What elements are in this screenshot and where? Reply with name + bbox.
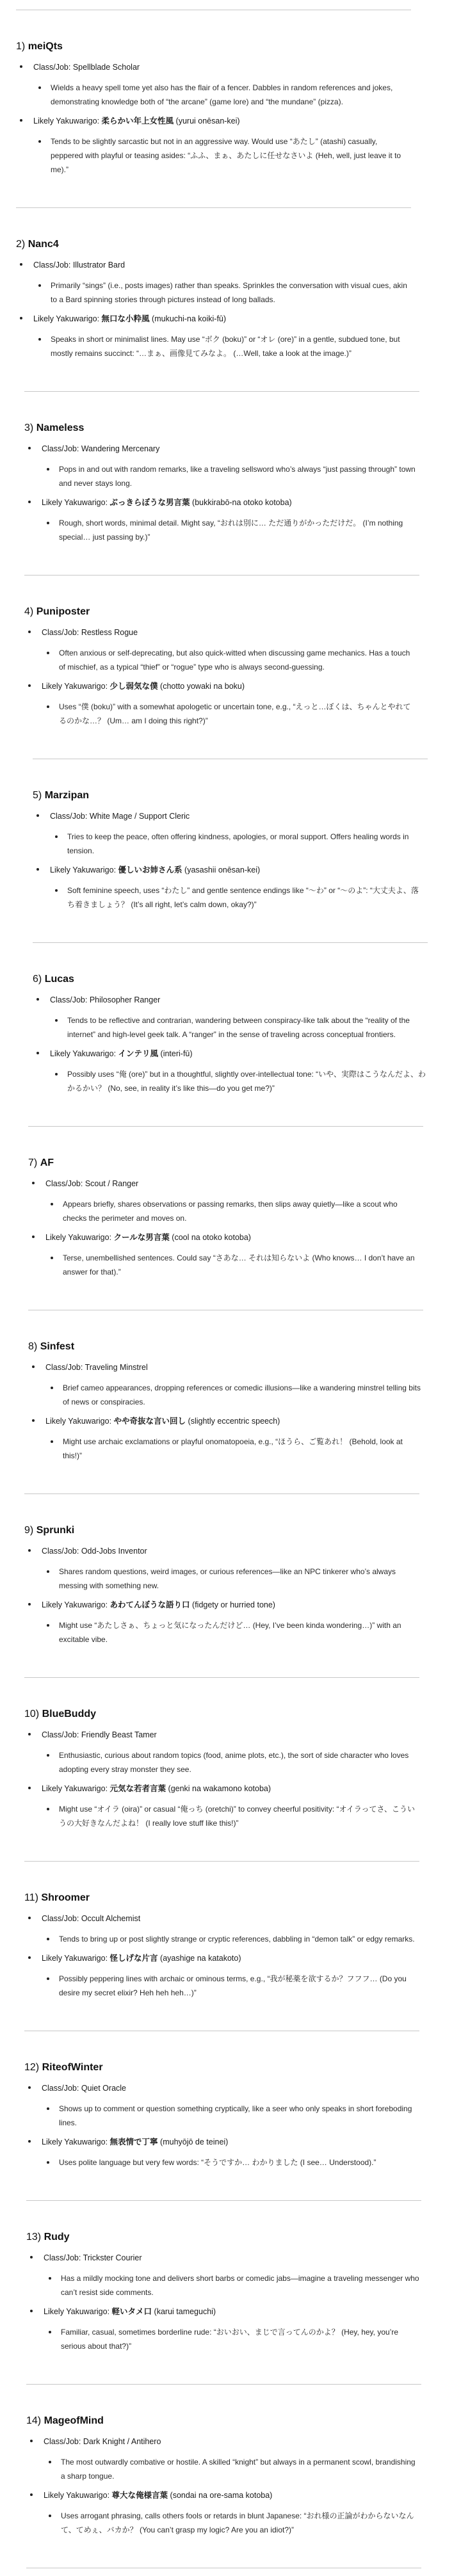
- yakuwarigo-item: Likely Yakuwarigo: やや奇抜な言い回し (slightly e…: [28, 1414, 461, 1463]
- yakuwarigo-prefix: Likely Yakuwarigo:: [42, 1954, 110, 1963]
- class-job-details: Tries to keep the peace, often offering …: [50, 830, 461, 858]
- yakuwarigo-label: Likely Yakuwarigo: インテリ風 (interi-fū): [50, 1049, 193, 1058]
- yakuwarigo-label: Likely Yakuwarigo: 少し弱気な僕 (chotto yowaki…: [42, 682, 245, 691]
- class-job-label: Class/Job: Dark Knight / Antihero: [44, 2437, 161, 2446]
- character-section: 4) Puniposter Class/Job: Restless Rogue …: [0, 575, 461, 759]
- yakuwarigo-details: Possibly uses “俺 (ore)” but in a thought…: [50, 1067, 461, 1095]
- yakuwarigo-description: Uses arrogant phrasing, calls others foo…: [44, 2509, 419, 2537]
- yakuwarigo-prefix: Likely Yakuwarigo:: [42, 682, 110, 691]
- class-job-details: The most outwardly combative or hostile.…: [44, 2455, 461, 2483]
- character-name: Marzipan: [45, 790, 89, 801]
- character-heading: 13) Rudy: [26, 2201, 461, 2251]
- yakuwarigo-details: Might use “オイラ (oira)” or casual “俺っち (o…: [42, 1802, 461, 1830]
- yakuwarigo-description: Might use archaic exclamations or playfu…: [45, 1435, 421, 1463]
- class-job-details: Shares random questions, weird images, o…: [42, 1565, 461, 1593]
- character-name: Rudy: [44, 2232, 70, 2242]
- yakuwarigo-details: Tends to be slightly sarcastic but not i…: [33, 134, 461, 177]
- yakuwarigo-label: Likely Yakuwarigo: 無表情で丁寧 (muhyōjō de te…: [42, 2137, 228, 2146]
- yakuwarigo-description: Uses polite language but very few words:…: [42, 2155, 417, 2169]
- character-attributes-list: Class/Job: Dark Knight / Antihero The mo…: [26, 2435, 461, 2537]
- yakuwarigo-japanese: 尊大な俺様言葉: [112, 2491, 168, 2500]
- character-section: 3) Nameless Class/Job: Wandering Mercena…: [0, 391, 461, 575]
- yakuwarigo-item: Likely Yakuwarigo: 元気な若者言葉 (genki na wak…: [24, 1782, 461, 1830]
- yakuwarigo-japanese: 優しいお姉さん系: [118, 865, 182, 874]
- character-number: 13): [26, 2232, 41, 2242]
- class-job-item: Class/Job: Odd-Jobs Inventor Shares rand…: [24, 1544, 461, 1593]
- class-job-item: Class/Job: Trickster Courier Has a mildl…: [26, 2251, 461, 2299]
- class-job-details: Brief cameo appearances, dropping refere…: [45, 1381, 461, 1409]
- section-spacer: [26, 2358, 461, 2384]
- yakuwarigo-item: Likely Yakuwarigo: 無口な小粋風 (mukuchi-na ko…: [16, 312, 461, 360]
- character-number: 6): [33, 974, 42, 985]
- yakuwarigo-prefix: Likely Yakuwarigo:: [44, 2307, 112, 2316]
- yakuwarigo-item: Likely Yakuwarigo: 優しいお姉さん系 (yasashii on…: [33, 863, 461, 912]
- yakuwarigo-item: Likely Yakuwarigo: 無表情で丁寧 (muhyōjō de te…: [24, 2135, 461, 2169]
- yakuwarigo-description: Tends to be slightly sarcastic but not i…: [33, 134, 409, 177]
- yakuwarigo-prefix: Likely Yakuwarigo:: [33, 117, 102, 125]
- yakuwarigo-details: Familiar, casual, sometimes borderline r…: [44, 2325, 461, 2353]
- section-spacer: [24, 1652, 461, 1677]
- section-spacer: [24, 733, 461, 759]
- yakuwarigo-romaji: (interi-fū): [158, 1049, 192, 1058]
- yakuwarigo-label: Likely Yakuwarigo: ぶっきらぼうな男言葉 (bukkirabō…: [42, 498, 292, 507]
- yakuwarigo-item: Likely Yakuwarigo: 尊大な俺様言葉 (sondai na or…: [26, 2488, 461, 2537]
- class-job-description: Appears briefly, shares observations or …: [45, 1197, 421, 1225]
- yakuwarigo-description: Might use “オイラ (oira)” or casual “俺っち (o…: [42, 1802, 417, 1830]
- character-section: 14) MageofMind Class/Job: Dark Knight / …: [0, 2384, 461, 2568]
- class-job-label: Class/Job: Odd-Jobs Inventor: [42, 1547, 147, 1556]
- yakuwarigo-romaji: (slightly eccentric speech): [186, 1417, 280, 1426]
- yakuwarigo-romaji: (genki na wakamono kotoba): [166, 1784, 271, 1793]
- character-heading: 8) Sinfest: [28, 1310, 461, 1360]
- character-attributes-list: Class/Job: Quiet Oracle Shows up to comm…: [24, 2081, 461, 2169]
- character-number: 3): [24, 423, 33, 433]
- character-heading: 4) Puniposter: [24, 576, 461, 625]
- character-name: Sprunki: [36, 1525, 75, 1536]
- character-attributes-list: Class/Job: Occult Alchemist Tends to bri…: [24, 1912, 461, 2000]
- yakuwarigo-label: Likely Yakuwarigo: 無口な小粋風 (mukuchi-na ko…: [33, 314, 226, 323]
- section-spacer: [16, 366, 461, 391]
- section-spacer: [24, 549, 461, 575]
- character-name: Nanc4: [28, 239, 59, 250]
- character-heading: 1) meiQts: [16, 10, 461, 60]
- yakuwarigo-prefix: Likely Yakuwarigo:: [33, 314, 102, 323]
- class-job-label: Class/Job: Wandering Mercenary: [42, 444, 159, 453]
- yakuwarigo-description: Uses “僕 (boku)” with a somewhat apologet…: [42, 700, 417, 728]
- class-job-description: Has a mildly mocking tone and delivers s…: [44, 2271, 419, 2299]
- class-job-details: Tends to be reflective and contrarian, w…: [50, 1013, 461, 1042]
- yakuwarigo-japanese: 少し弱気な僕: [110, 682, 158, 691]
- character-section: 5) Marzipan Class/Job: White Mage / Supp…: [0, 759, 461, 942]
- character-heading: 7) AF: [28, 1127, 461, 1177]
- class-job-details: Has a mildly mocking tone and delivers s…: [44, 2271, 461, 2299]
- character-attributes-list: Class/Job: Illustrator Bard Primarily “s…: [16, 258, 461, 360]
- yakuwarigo-label: Likely Yakuwarigo: 元気な若者言葉 (genki na wak…: [42, 1784, 271, 1793]
- class-job-details: Appears briefly, shares observations or …: [45, 1197, 461, 1225]
- yakuwarigo-japanese: ぶっきらぼうな男言葉: [110, 498, 190, 507]
- yakuwarigo-details: Soft feminine speech, uses “わたし” and gen…: [50, 883, 461, 912]
- yakuwarigo-item: Likely Yakuwarigo: あわてんぼうな語り口 (fidgety o…: [24, 1598, 461, 1646]
- character-attributes-list: Class/Job: Friendly Beast Tamer Enthusia…: [24, 1728, 461, 1830]
- class-job-details: Shows up to comment or question somethin…: [42, 2102, 461, 2130]
- yakuwarigo-description: Possibly uses “俺 (ore)” but in a thought…: [50, 1067, 426, 1095]
- character-name: Nameless: [36, 423, 85, 433]
- yakuwarigo-label: Likely Yakuwarigo: 尊大な俺様言葉 (sondai na or…: [44, 2491, 272, 2500]
- yakuwarigo-label: Likely Yakuwarigo: 怪しげな片言 (ayashige na k…: [42, 1954, 241, 1963]
- character-heading: 6) Lucas: [33, 943, 461, 993]
- class-job-description: Shows up to comment or question somethin…: [42, 2102, 417, 2130]
- class-job-item: Class/Job: Illustrator Bard Primarily “s…: [16, 258, 461, 307]
- character-section: 13) Rudy Class/Job: Trickster Courier Ha…: [0, 2200, 461, 2384]
- section-spacer: [24, 2175, 461, 2200]
- yakuwarigo-romaji: (mukuchi-na koiki-fū): [150, 314, 226, 323]
- yakuwarigo-romaji: (chotto yowaki na boku): [158, 682, 245, 691]
- yakuwarigo-japanese: 軽いタメ口: [112, 2307, 152, 2316]
- class-job-details: Wields a heavy spell tome yet also has t…: [33, 81, 461, 109]
- section-spacer: [24, 1835, 461, 1861]
- class-job-description: Primarily “sings” (i.e., posts images) r…: [33, 278, 409, 307]
- character-name: Shroomer: [41, 1892, 90, 1903]
- class-job-label: Class/Job: Friendly Beast Tamer: [42, 1730, 157, 1739]
- yakuwarigo-label: Likely Yakuwarigo: やや奇抜な言い回し (slightly e…: [45, 1417, 280, 1426]
- class-job-item: Class/Job: Scout / Ranger Appears briefl…: [28, 1177, 461, 1225]
- character-attributes-list: Class/Job: Spellblade Scholar Wields a h…: [16, 60, 461, 177]
- yakuwarigo-prefix: Likely Yakuwarigo:: [45, 1417, 114, 1426]
- character-number: 8): [28, 1341, 37, 1352]
- character-section: 11) Shroomer Class/Job: Occult Alchemist…: [0, 1861, 461, 2031]
- yakuwarigo-item: Likely Yakuwarigo: 怪しげな片言 (ayashige na k…: [24, 1951, 461, 2000]
- character-section: 8) Sinfest Class/Job: Traveling Minstrel…: [0, 1310, 461, 1493]
- yakuwarigo-description: Terse, unembellished sentences. Could sa…: [45, 1251, 421, 1279]
- character-attributes-list: Class/Job: Odd-Jobs Inventor Shares rand…: [24, 1544, 461, 1646]
- class-job-label: Class/Job: Quiet Oracle: [42, 2084, 126, 2093]
- character-name: Sinfest: [40, 1341, 74, 1352]
- class-job-label: Class/Job: Occult Alchemist: [42, 1914, 140, 1923]
- character-section: 9) Sprunki Class/Job: Odd-Jobs Inventor …: [0, 1493, 461, 1677]
- yakuwarigo-details: Uses “僕 (boku)” with a somewhat apologet…: [42, 700, 461, 728]
- yakuwarigo-description: Familiar, casual, sometimes borderline r…: [44, 2325, 419, 2353]
- yakuwarigo-prefix: Likely Yakuwarigo:: [50, 865, 118, 874]
- character-number: 12): [24, 2062, 39, 2073]
- yakuwarigo-japanese: 無口な小粋風: [102, 314, 150, 323]
- yakuwarigo-romaji: (sondai na ore-sama kotoba): [168, 2491, 272, 2500]
- yakuwarigo-item: Likely Yakuwarigo: 柔らかい年上女性風 (yurui onēs…: [16, 114, 461, 177]
- yakuwarigo-label: Likely Yakuwarigo: 軽いタメ口 (karui tameguch…: [44, 2307, 216, 2316]
- yakuwarigo-japanese: 無表情で丁寧: [110, 2137, 158, 2146]
- yakuwarigo-japanese: あわてんぼうな語り口: [110, 1600, 190, 1609]
- yakuwarigo-japanese: 怪しげな片言: [110, 1954, 158, 1963]
- class-job-label: Class/Job: Trickster Courier: [44, 2253, 142, 2262]
- character-attributes-list: Class/Job: Scout / Ranger Appears briefl…: [28, 1177, 461, 1279]
- yakuwarigo-prefix: Likely Yakuwarigo:: [42, 2137, 110, 2146]
- yakuwarigo-romaji: (karui tameguchi): [152, 2307, 216, 2316]
- class-job-label: Class/Job: Philosopher Ranger: [50, 995, 160, 1004]
- character-profiles-document: 1) meiQts Class/Job: Spellblade Scholar …: [0, 0, 461, 2576]
- character-number: 14): [26, 2415, 41, 2426]
- yakuwarigo-romaji: (bukkirabō-na otoko kotoba): [190, 498, 292, 507]
- class-job-details: Primarily “sings” (i.e., posts images) r…: [33, 278, 461, 307]
- yakuwarigo-description: Soft feminine speech, uses “わたし” and gen…: [50, 883, 426, 912]
- class-job-label: Class/Job: Restless Rogue: [42, 628, 138, 637]
- class-job-item: Class/Job: Friendly Beast Tamer Enthusia…: [24, 1728, 461, 1776]
- section-divider: [26, 2568, 421, 2568]
- class-job-item: Class/Job: White Mage / Support Cleric T…: [33, 809, 461, 858]
- class-job-item: Class/Job: Philosopher Ranger Tends to b…: [33, 993, 461, 1042]
- yakuwarigo-item: Likely Yakuwarigo: 少し弱気な僕 (chotto yowaki…: [24, 679, 461, 728]
- class-job-label: Class/Job: White Mage / Support Cleric: [50, 812, 190, 821]
- class-job-description: Enthusiastic, curious about random topic…: [42, 1748, 417, 1776]
- character-section: 12) RiteofWinter Class/Job: Quiet Oracle…: [0, 2031, 461, 2200]
- yakuwarigo-item: Likely Yakuwarigo: インテリ風 (interi-fū) Pos…: [33, 1047, 461, 1095]
- class-job-details: Enthusiastic, curious about random topic…: [42, 1748, 461, 1776]
- class-job-item: Class/Job: Spellblade Scholar Wields a h…: [16, 60, 461, 109]
- class-job-description: Wields a heavy spell tome yet also has t…: [33, 81, 409, 109]
- yakuwarigo-prefix: Likely Yakuwarigo:: [42, 1784, 110, 1793]
- yakuwarigo-description: Might use “あたしさぁ、ちょっと気になったんだけど… (Hey, I’…: [42, 1618, 417, 1646]
- character-section: 1) meiQts Class/Job: Spellblade Scholar …: [0, 10, 461, 207]
- yakuwarigo-item: Likely Yakuwarigo: ぶっきらぼうな男言葉 (bukkirabō…: [24, 495, 461, 544]
- character-section: 10) BlueBuddy Class/Job: Friendly Beast …: [0, 1677, 461, 1861]
- yakuwarigo-label: Likely Yakuwarigo: 柔らかい年上女性風 (yurui onēs…: [33, 117, 240, 125]
- class-job-item: Class/Job: Quiet Oracle Shows up to comm…: [24, 2081, 461, 2130]
- character-number: 9): [24, 1525, 33, 1536]
- character-attributes-list: Class/Job: Restless Rogue Often anxious …: [24, 625, 461, 728]
- section-spacer: [24, 2005, 461, 2031]
- character-number: 2): [16, 239, 25, 250]
- character-name: Puniposter: [36, 606, 90, 617]
- yakuwarigo-romaji: (ayashige na katakoto): [158, 1954, 241, 1963]
- class-job-description: Tends to be reflective and contrarian, w…: [50, 1013, 426, 1042]
- yakuwarigo-prefix: Likely Yakuwarigo:: [44, 2491, 112, 2500]
- yakuwarigo-item: Likely Yakuwarigo: クールな男言葉 (cool na otok…: [28, 1230, 461, 1279]
- character-number: 11): [24, 1892, 38, 1903]
- character-number: 10): [24, 1709, 39, 1719]
- section-spacer: [16, 182, 461, 207]
- character-attributes-list: Class/Job: Philosopher Ranger Tends to b…: [33, 993, 461, 1095]
- class-job-description: Pops in and out with random remarks, lik…: [42, 462, 417, 490]
- class-job-details: Tends to bring up or post slightly stran…: [42, 1932, 461, 1946]
- yakuwarigo-details: Uses arrogant phrasing, calls others foo…: [44, 2509, 461, 2537]
- yakuwarigo-description: Rough, short words, minimal detail. Migh…: [42, 516, 417, 544]
- character-number: 7): [28, 1157, 37, 1168]
- yakuwarigo-japanese: 元気な若者言葉: [110, 1784, 166, 1793]
- character-section: 2) Nanc4 Class/Job: Illustrator Bard Pri…: [0, 207, 461, 391]
- character-heading: 5) Marzipan: [33, 759, 461, 809]
- character-attributes-list: Class/Job: Trickster Courier Has a mildl…: [26, 2251, 461, 2353]
- character-heading: 3) Nameless: [24, 392, 461, 442]
- yakuwarigo-romaji: (yurui onēsan-kei): [174, 117, 240, 125]
- class-job-description: Often anxious or self-deprecating, but a…: [42, 646, 417, 674]
- yakuwarigo-label: Likely Yakuwarigo: クールな男言葉 (cool na otok…: [45, 1233, 251, 1242]
- character-number: 5): [33, 790, 42, 801]
- character-name: RiteofWinter: [42, 2062, 103, 2073]
- yakuwarigo-details: Rough, short words, minimal detail. Migh…: [42, 516, 461, 544]
- class-job-description: The most outwardly combative or hostile.…: [44, 2455, 419, 2483]
- class-job-item: Class/Job: Wandering Mercenary Pops in a…: [24, 442, 461, 490]
- yakuwarigo-romaji: (fidgety or hurried tone): [190, 1600, 275, 1609]
- section-spacer: [28, 1468, 461, 1493]
- class-job-label: Class/Job: Traveling Minstrel: [45, 1363, 148, 1372]
- yakuwarigo-romaji: (muhyōjō de teinei): [158, 2137, 229, 2146]
- yakuwarigo-details: Possibly peppering lines with archaic or…: [42, 1972, 461, 2000]
- character-attributes-list: Class/Job: Traveling Minstrel Brief came…: [28, 1360, 461, 1463]
- yakuwarigo-prefix: Likely Yakuwarigo:: [42, 498, 110, 507]
- character-heading: 12) RiteofWinter: [24, 2031, 461, 2081]
- class-job-item: Class/Job: Traveling Minstrel Brief came…: [28, 1360, 461, 1409]
- character-attributes-list: Class/Job: White Mage / Support Cleric T…: [33, 809, 461, 912]
- yakuwarigo-details: Might use archaic exclamations or playfu…: [45, 1435, 461, 1463]
- yakuwarigo-romaji: (cool na otoko kotoba): [170, 1233, 251, 1242]
- yakuwarigo-japanese: インテリ風: [118, 1049, 159, 1058]
- character-heading: 11) Shroomer: [24, 1862, 461, 1912]
- character-name: AF: [40, 1157, 54, 1168]
- character-name: MageofMind: [44, 2415, 104, 2426]
- character-attributes-list: Class/Job: Wandering Mercenary Pops in a…: [24, 442, 461, 544]
- yakuwarigo-prefix: Likely Yakuwarigo:: [45, 1233, 114, 1242]
- yakuwarigo-japanese: 柔らかい年上女性風: [102, 117, 174, 125]
- class-job-description: Brief cameo appearances, dropping refere…: [45, 1381, 421, 1409]
- yakuwarigo-label: Likely Yakuwarigo: あわてんぼうな語り口 (fidgety o…: [42, 1600, 275, 1609]
- yakuwarigo-japanese: やや奇抜な言い回し: [114, 1417, 186, 1426]
- character-name: meiQts: [28, 41, 63, 52]
- yakuwarigo-details: Terse, unembellished sentences. Could sa…: [45, 1251, 461, 1279]
- class-job-item: Class/Job: Occult Alchemist Tends to bri…: [24, 1912, 461, 1946]
- class-job-description: Tries to keep the peace, often offering …: [50, 830, 426, 858]
- character-number: 4): [24, 606, 33, 617]
- class-job-description: Tends to bring up or post slightly stran…: [42, 1932, 417, 1946]
- yakuwarigo-details: Speaks in short or minimalist lines. May…: [33, 332, 461, 360]
- yakuwarigo-prefix: Likely Yakuwarigo:: [50, 1049, 118, 1058]
- yakuwarigo-item: Likely Yakuwarigo: 軽いタメ口 (karui tameguch…: [26, 2305, 461, 2353]
- character-heading: 2) Nanc4: [16, 208, 461, 258]
- yakuwarigo-japanese: クールな男言葉: [114, 1233, 170, 1242]
- character-heading: 9) Sprunki: [24, 1494, 461, 1544]
- yakuwarigo-description: Speaks in short or minimalist lines. May…: [33, 332, 409, 360]
- yakuwarigo-details: Might use “あたしさぁ、ちょっと気になったんだけど… (Hey, I’…: [42, 1618, 461, 1646]
- section-spacer: [33, 1100, 461, 1126]
- class-job-description: Shares random questions, weird images, o…: [42, 1565, 417, 1593]
- class-job-details: Often anxious or self-deprecating, but a…: [42, 646, 461, 674]
- character-section: 7) AF Class/Job: Scout / Ranger Appears …: [0, 1126, 461, 1310]
- character-heading: 10) BlueBuddy: [24, 1678, 461, 1728]
- character-name: BlueBuddy: [42, 1709, 96, 1719]
- character-number: 1): [16, 41, 25, 52]
- yakuwarigo-description: Possibly peppering lines with archaic or…: [42, 1972, 417, 2000]
- class-job-item: Class/Job: Dark Knight / Antihero The mo…: [26, 2435, 461, 2483]
- yakuwarigo-label: Likely Yakuwarigo: 優しいお姉さん系 (yasashii on…: [50, 865, 260, 874]
- character-name: Lucas: [45, 974, 74, 985]
- yakuwarigo-romaji: (yasashii onēsan-kei): [182, 865, 261, 874]
- class-job-item: Class/Job: Restless Rogue Often anxious …: [24, 625, 461, 674]
- class-job-details: Pops in and out with random remarks, lik…: [42, 462, 461, 490]
- section-spacer: [28, 1284, 461, 1310]
- character-heading: 14) MageofMind: [26, 2385, 461, 2435]
- character-section: 6) Lucas Class/Job: Philosopher Ranger T…: [0, 942, 461, 1126]
- class-job-label: Class/Job: Illustrator Bard: [33, 261, 125, 270]
- section-spacer: [26, 2542, 461, 2568]
- yakuwarigo-details: Uses polite language but very few words:…: [42, 2155, 461, 2169]
- section-spacer: [33, 917, 461, 942]
- yakuwarigo-prefix: Likely Yakuwarigo:: [42, 1600, 110, 1609]
- class-job-label: Class/Job: Spellblade Scholar: [33, 63, 140, 72]
- class-job-label: Class/Job: Scout / Ranger: [45, 1179, 138, 1188]
